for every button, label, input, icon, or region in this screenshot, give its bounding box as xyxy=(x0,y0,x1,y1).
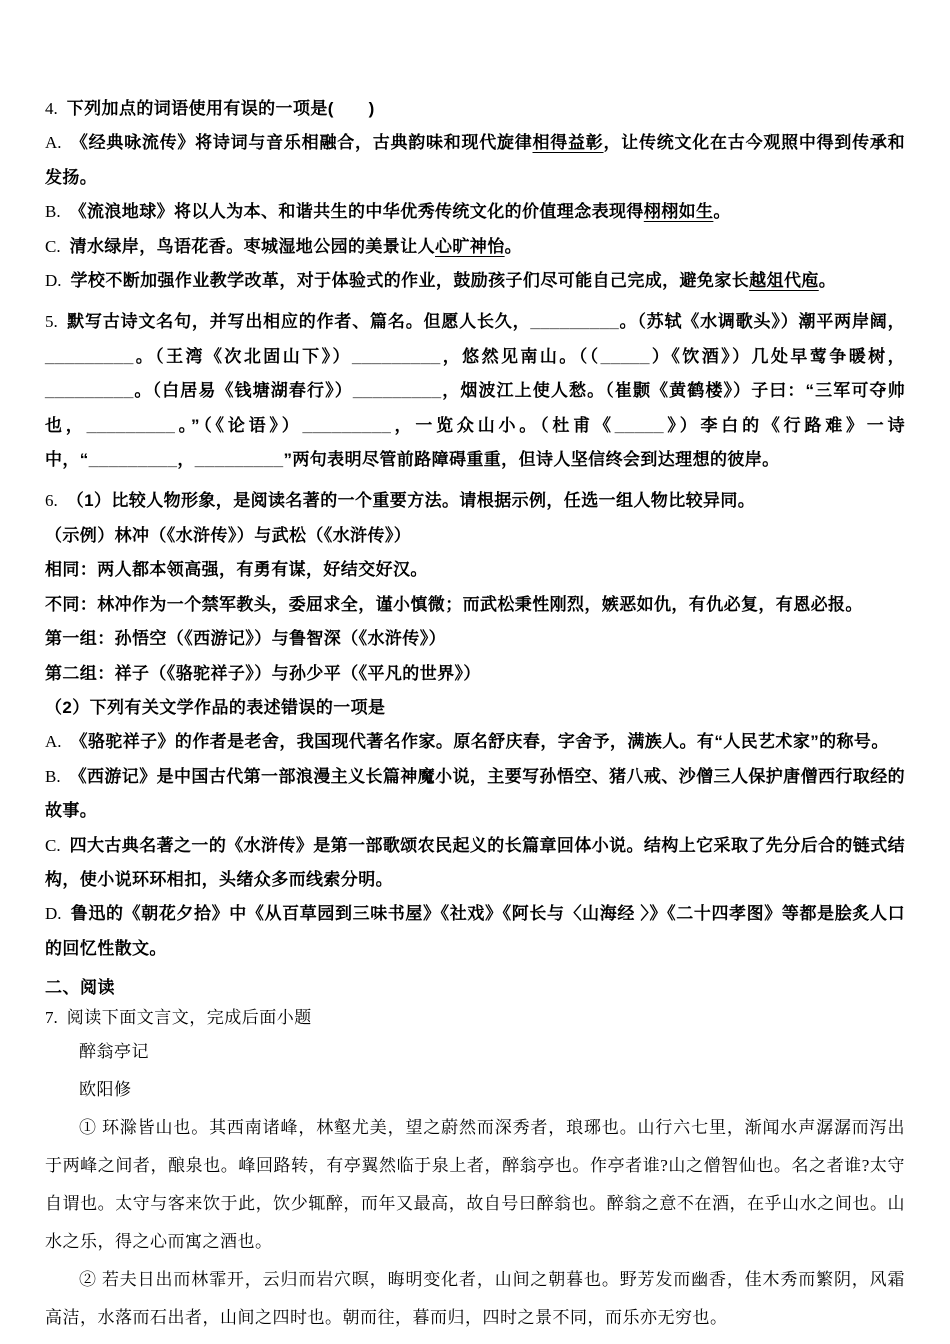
q6-part1-line: 6.（1）比较人物形象，是阅读名著的一个重要方法。请根据示例，任选一组人物比较异… xyxy=(45,484,905,518)
question-4: 4.下列加点的词语使用有误的一项是( ) A.《经典咏流传》将诗词与音乐相融合，… xyxy=(45,92,905,298)
passage-paragraph-1: ① 环滁皆山也。其西南诸峰，林壑尤美，望之蔚然而深秀者，琅琊也。山行六七里，渐闻… xyxy=(45,1109,905,1261)
q4-option-c: C.清水绿岸，鸟语花香。枣城湿地公园的美景让人心旷神怡。 xyxy=(45,230,905,264)
q4-option-a: A.《经典咏流传》将诗词与音乐相融合，古典韵味和现代旋律相得益彰，让传统文化在古… xyxy=(45,126,905,195)
q6-option-b: B.《西游记》是中国古代第一部浪漫主义长篇神魔小说，主要写孙悟空、猪八戒、沙僧三… xyxy=(45,760,905,829)
q6-option-a-text: 《骆驼祥子》的作者是老舍，我国现代著名作家。原名舒庆春，字舍予，满族人。有“人民… xyxy=(71,732,889,751)
q4-option-c-label: C. xyxy=(45,237,61,256)
q4-stem-line: 4.下列加点的词语使用有误的一项是( ) xyxy=(45,92,905,126)
q7-stem-line: 7.阅读下面文言文，完成后面小题 xyxy=(45,1003,905,1033)
q5-number: 5. xyxy=(45,312,58,331)
q6-part1: （1）比较人物形象，是阅读名著的一个重要方法。请根据示例，任选一组人物比较异同。 xyxy=(67,491,755,510)
q4-option-d-label: D. xyxy=(45,271,62,290)
q4-stem: 下列加点的词语使用有误的一项是( ) xyxy=(67,99,375,118)
q6-part2: （2）下列有关文学作品的表述错误的一项是 xyxy=(45,691,905,725)
q4-option-a-text: 《经典咏流传》将诗词与音乐相融合，古典韵味和现代旋律 xyxy=(71,133,533,152)
q4-option-d-text-end: 。 xyxy=(819,271,836,290)
passage-paragraph-2: ② 若夫日出而林霏开，云归而岩穴暝，晦明变化者，山间之朝暮也。野芳发而幽香，佳木… xyxy=(45,1261,905,1337)
q6-diff: 不同：林冲作为一个禁军教头，委屈求全，谨小慎微；而武松秉性刚烈，嫉恶如仇，有仇必… xyxy=(45,588,905,622)
q5-text: 默写古诗文名句，并写出相应的作者、篇名。但愿人长久，_________。（苏轼《… xyxy=(45,312,905,469)
question-7: 7.阅读下面文言文，完成后面小题 醉翁亭记 欧阳修 ① 环滁皆山也。其西南诸峰，… xyxy=(45,1003,905,1337)
passage-title: 醉翁亭记 xyxy=(45,1033,905,1071)
q4-option-b-text: 《流浪地球》将以人为本、和谐共生的中华优秀传统文化的价值理念表现得 xyxy=(70,202,644,221)
q6-option-d-text: 鲁迅的《朝花夕拾》中《从百草园到三味书屋》《社戏》《阿长与〈山海经 〉》《二十四… xyxy=(45,904,905,957)
q4-option-d-emphasis: 越俎代庖 xyxy=(749,271,819,290)
q6-example: （示例）林冲（《水浒传》）与武松（《水浒传》） xyxy=(45,519,905,553)
q5-text-line: 5.默写古诗文名句，并写出相应的作者、篇名。但愿人长久，_________。（苏… xyxy=(45,305,905,477)
q4-option-b-label: B. xyxy=(45,202,61,221)
q6-option-c-text: 四大古典名著之一的《水浒传》是第一部歌颂农民起义的长篇章回体小说。结构上它采取了… xyxy=(45,836,905,889)
q4-number: 4. xyxy=(45,99,58,118)
q4-option-d-text: 学校不断加强作业教学改革，对于体验式的作业，鼓励孩子们尽可能自己完成，避免家长 xyxy=(71,271,750,290)
q6-option-a: A.《骆驼祥子》的作者是老舍，我国现代著名作家。原名舒庆春，字舍予，满族人。有“… xyxy=(45,725,905,759)
classical-passage: 醉翁亭记 欧阳修 ① 环滁皆山也。其西南诸峰，林壑尤美，望之蔚然而深秀者，琅琊也… xyxy=(45,1033,905,1337)
q6-same: 相同：两人都本领高强，有勇有谋，好结交好汉。 xyxy=(45,553,905,587)
q6-option-b-label: B. xyxy=(45,767,61,786)
q6-number: 6. xyxy=(45,491,58,510)
q6-group2: 第二组：祥子（《骆驼祥子》）与孙少平（《平凡的世界》） xyxy=(45,657,905,691)
exam-page: 4.下列加点的词语使用有误的一项是( ) A.《经典咏流传》将诗词与音乐相融合，… xyxy=(0,0,950,1344)
q6-option-b-text: 《西游记》是中国古代第一部浪漫主义长篇神魔小说，主要写孙悟空、猪八戒、沙僧三人保… xyxy=(45,767,905,820)
q6-option-c: C.四大古典名著之一的《水浒传》是第一部歌颂农民起义的长篇章回体小说。结构上它采… xyxy=(45,829,905,898)
q7-stem: 阅读下面文言文，完成后面小题 xyxy=(67,1008,312,1027)
q7-number: 7. xyxy=(45,1008,58,1027)
q4-option-c-text: 清水绿岸，鸟语花香。枣城湿地公园的美景让人 xyxy=(70,237,435,256)
q4-option-a-label: A. xyxy=(45,133,62,152)
q6-option-d: D.鲁迅的《朝花夕拾》中《从百草园到三味书屋》《社戏》《阿长与〈山海经 〉》《二… xyxy=(45,897,905,966)
passage-author: 欧阳修 xyxy=(45,1071,905,1109)
q6-option-d-label: D. xyxy=(45,904,62,923)
q4-option-b: B.《流浪地球》将以人为本、和谐共生的中华优秀传统文化的价值理念表现得栩栩如生。 xyxy=(45,195,905,229)
q6-group1: 第一组：孙悟空（《西游记》）与鲁智深（《水浒传》） xyxy=(45,622,905,656)
q4-option-b-emphasis: 栩栩如生 xyxy=(644,202,714,221)
q4-option-a-emphasis: 相得益彰 xyxy=(533,133,604,152)
q4-option-d: D.学校不断加强作业教学改革，对于体验式的作业，鼓励孩子们尽可能自己完成，避免家… xyxy=(45,264,905,298)
q6-option-c-label: C. xyxy=(45,836,61,855)
q6-option-a-label: A. xyxy=(45,732,62,751)
question-6: 6.（1）比较人物形象，是阅读名著的一个重要方法。请根据示例，任选一组人物比较异… xyxy=(45,484,905,966)
q4-option-c-text-end: 。 xyxy=(505,237,522,256)
q4-option-b-text-end: 。 xyxy=(713,202,730,221)
question-5: 5.默写古诗文名句，并写出相应的作者、篇名。但愿人长久，_________。（苏… xyxy=(45,305,905,477)
q4-option-c-emphasis: 心旷神怡 xyxy=(435,237,505,256)
section-2-heading: 二、阅读 xyxy=(45,973,905,1003)
